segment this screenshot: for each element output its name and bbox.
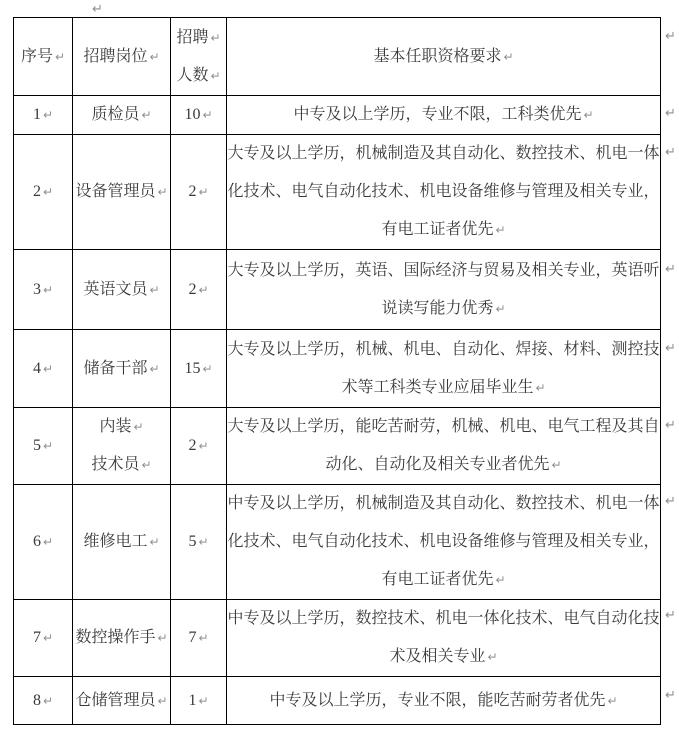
paragraph-mark: ↵	[495, 223, 505, 237]
cell-position: 内装↵ 技术员↵	[73, 408, 171, 485]
cell-seq: 8↵	[14, 677, 73, 725]
table-row: 6↵ 维修电工↵ 5↵ 中专及以上学历，机械制造及其自动化、数控技术、机电一体化…	[14, 485, 661, 600]
seq-value: 5	[33, 437, 41, 454]
paragraph-mark: ↵	[157, 631, 167, 645]
paragraph-mark: ↵	[202, 362, 212, 376]
header-count-label-2: 人数	[176, 67, 208, 84]
paragraph-mark: ↵	[495, 573, 505, 587]
cell-count: 2↵	[171, 135, 227, 250]
seq-value: 7	[33, 629, 41, 646]
paragraph-mark: ↵	[149, 535, 159, 549]
header-no-label: 序号	[21, 48, 53, 65]
table-row: 4↵ 储备干部↵ 15↵ 大专及以上学历，机械、机电、自动化、焊接、材料、测控技…	[14, 330, 661, 408]
paragraph-mark: ↵	[487, 650, 497, 664]
cell-count: 2↵	[171, 250, 227, 330]
cell-requirements: 大专及以上学历，机械、机电、自动化、焊接、材料、测控技术等工科类专业应届毕业生↵	[227, 330, 661, 408]
row-end-mark: ↵	[665, 260, 676, 280]
paragraph-mark: ↵	[583, 108, 593, 122]
table-row: 1↵ 质检员↵ 10↵ 中专及以上学历，专业不限，工科类优先↵	[14, 96, 661, 135]
cell-position: 质检员↵	[73, 96, 171, 135]
position-value: 英语文员	[83, 281, 147, 298]
count-value: 7	[188, 629, 196, 646]
count-value: 10	[184, 106, 200, 123]
paragraph-mark: ↵	[198, 631, 208, 645]
cell-seq: 2↵	[14, 135, 73, 250]
requirements-value: 大专及以上学历，能吃苦耐劳，机械、机电、电气工程及其自动化、自动化及相关专业者优…	[227, 418, 659, 473]
cell-seq: 7↵	[14, 600, 73, 677]
header-cell-requirements: 基本任职资格要求↵	[227, 18, 661, 96]
requirements-value: 中专及以上学历，数控技术、机电一体化技术、电气自动化技术及相关专业	[227, 610, 659, 665]
paragraph-mark: ↵	[141, 458, 151, 472]
seq-value: 8	[33, 692, 41, 709]
row-end-mark: ↵	[665, 686, 676, 706]
table-row: 7↵ 数控操作手↵ 7↵ 中专及以上学历，数控技术、机电一体化技术、电气自动化技…	[14, 600, 661, 677]
count-value: 2	[188, 437, 196, 454]
header-cell-no: 序号↵	[14, 18, 73, 96]
count-value: 15	[184, 360, 200, 377]
requirements-value: 中专及以上学历，专业不限，能吃苦耐劳者优先	[269, 692, 605, 709]
recruitment-table: 序号↵ 招聘岗位↵ 招聘↵ 人数↵ 基本任职资格要求↵ 1↵ 质检员↵ 10↵ …	[13, 17, 661, 725]
table-row: 3↵ 英语文员↵ 2↵ 大专及以上学历，英语、国际经济与贸易及相关专业，英语听说…	[14, 250, 661, 330]
paragraph-mark: ↵	[149, 362, 159, 376]
paragraph-mark: ↵	[43, 362, 53, 376]
position-value: 设备管理员	[75, 183, 155, 200]
paragraph-mark: ↵	[503, 50, 513, 64]
paragraph-mark: ↵	[551, 458, 561, 472]
seq-value: 1	[33, 106, 41, 123]
cell-count: 2↵	[171, 408, 227, 485]
count-value: 2	[188, 281, 196, 298]
paragraph-mark: ↵	[43, 535, 53, 549]
cell-count: 5↵	[171, 485, 227, 600]
paragraph-mark: ↵	[43, 631, 53, 645]
cell-requirements: 中专及以上学历，专业不限，能吃苦耐劳者优先↵	[227, 677, 661, 725]
position-value: 数控操作手	[75, 629, 155, 646]
seq-value: 2	[33, 183, 41, 200]
position-value: 维修电工	[83, 533, 147, 550]
paragraph-mark: ↵	[198, 535, 208, 549]
header-count-label-1: 招聘	[176, 29, 208, 46]
count-value: 2	[188, 183, 196, 200]
paragraph-mark: ↵	[157, 694, 167, 708]
table-row: 5↵ 内装↵ 技术员↵ 2↵ 大专及以上学历，能吃苦耐劳，机械、机电、电气工程及…	[14, 408, 661, 485]
position-value: 仓储管理员	[75, 692, 155, 709]
position-value: 内装	[99, 418, 131, 435]
paragraph-mark: ↵	[43, 283, 53, 297]
cell-requirements: 大专及以上学历，能吃苦耐劳，机械、机电、电气工程及其自动化、自动化及相关专业者优…	[227, 408, 661, 485]
cell-seq: 4↵	[14, 330, 73, 408]
paragraph-mark: ↵	[198, 694, 208, 708]
position-value: 技术员	[91, 456, 139, 473]
row-end-mark: ↵	[665, 143, 676, 163]
cell-count: 1↵	[171, 677, 227, 725]
header-position-label: 招聘岗位	[83, 48, 147, 65]
cell-requirements: 大专及以上学历，英语、国际经济与贸易及相关专业，英语听说读写能力优秀↵	[227, 250, 661, 330]
paragraph-mark: ↵	[141, 108, 151, 122]
paragraph-mark: ↵	[55, 50, 65, 64]
cell-requirements: 中专及以上学历，数控技术、机电一体化技术、电气自动化技术及相关专业↵	[227, 600, 661, 677]
cell-position: 设备管理员↵	[73, 135, 171, 250]
row-end-mark: ↵	[665, 606, 676, 626]
header-cell-count: 招聘↵ 人数↵	[171, 18, 227, 96]
requirements-value: 中专及以上学历，机械制造及其自动化、数控技术、机电一体化技术、电气自动化技术、机…	[227, 495, 659, 588]
cell-position: 数控操作手↵	[73, 600, 171, 677]
header-count-line2: 人数↵	[171, 57, 226, 95]
cell-requirements: 大专及以上学历，机械制造及其自动化、数控技术、机电一体化技术、电气自动化技术、机…	[227, 135, 661, 250]
table-header-row: 序号↵ 招聘岗位↵ 招聘↵ 人数↵ 基本任职资格要求↵	[14, 18, 661, 96]
paragraph-mark: ↵	[202, 108, 212, 122]
paragraph-mark: ↵	[535, 381, 545, 395]
cell-position: 仓储管理员↵	[73, 677, 171, 725]
table-row: 8↵ 仓储管理员↵ 1↵ 中专及以上学历，专业不限，能吃苦耐劳者优先↵	[14, 677, 661, 725]
cell-seq: 1↵	[14, 96, 73, 135]
row-end-mark: ↵	[665, 492, 676, 512]
paragraph-mark: ↵	[210, 31, 220, 45]
count-value: 5	[188, 533, 196, 550]
paragraph-mark: ↵	[43, 185, 53, 199]
cell-count: 7↵	[171, 600, 227, 677]
seq-value: 3	[33, 281, 41, 298]
cell-count: 15↵	[171, 330, 227, 408]
cell-seq: 6↵	[14, 485, 73, 600]
paragraph-mark: ↵	[149, 50, 159, 64]
cell-count: 10↵	[171, 96, 227, 135]
row-end-mark: ↵	[665, 416, 676, 436]
paragraph-mark: ↵	[133, 420, 143, 434]
cell-requirements: 中专及以上学历，机械制造及其自动化、数控技术、机电一体化技术、电气自动化技术、机…	[227, 485, 661, 600]
position-line2: 技术员↵	[73, 446, 170, 484]
requirements-value: 中专及以上学历，专业不限，工科类优先	[293, 106, 581, 123]
position-value: 质检员	[91, 106, 139, 123]
document-page: ↵ 序号↵ 招聘岗位↵ 招聘↵ 人数↵ 基本任职资格要求↵ 1↵	[0, 0, 679, 732]
row-end-mark: ↵	[665, 339, 676, 359]
header-count-line1: 招聘↵	[171, 19, 226, 57]
count-value: 1	[188, 692, 196, 709]
paragraph-mark: ↵	[157, 185, 167, 199]
paragraph-mark: ↵	[607, 694, 617, 708]
requirements-value: 大专及以上学历，机械制造及其自动化、数控技术、机电一体化技术、电气自动化技术、机…	[227, 145, 659, 238]
cell-position: 储备干部↵	[73, 330, 171, 408]
position-line1: 内装↵	[73, 408, 170, 446]
cell-position: 维修电工↵	[73, 485, 171, 600]
row-end-mark: ↵	[665, 104, 676, 124]
table-row: 2↵ 设备管理员↵ 2↵ 大专及以上学历，机械制造及其自动化、数控技术、机电一体…	[14, 135, 661, 250]
requirements-value: 大专及以上学历，机械、机电、自动化、焊接、材料、测控技术等工科类专业应届毕业生	[227, 341, 659, 396]
position-value: 储备干部	[83, 360, 147, 377]
header-cell-position: 招聘岗位↵	[73, 18, 171, 96]
paragraph-mark: ↵	[198, 283, 208, 297]
paragraph-mark: ↵	[43, 439, 53, 453]
paragraph-mark: ↵	[495, 302, 505, 316]
paragraph-mark: ↵	[198, 439, 208, 453]
cell-position: 英语文员↵	[73, 250, 171, 330]
cell-seq: 5↵	[14, 408, 73, 485]
header-requirements-label: 基本任职资格要求	[373, 48, 501, 65]
cell-requirements: 中专及以上学历，专业不限，工科类优先↵	[227, 96, 661, 135]
seq-value: 4	[33, 360, 41, 377]
cell-seq: 3↵	[14, 250, 73, 330]
paragraph-mark: ↵	[43, 108, 53, 122]
paragraph-mark: ↵	[210, 69, 220, 83]
seq-value: 6	[33, 533, 41, 550]
paragraph-mark: ↵	[149, 283, 159, 297]
row-end-mark: ↵	[665, 27, 676, 47]
requirements-value: 大专及以上学历，英语、国际经济与贸易及相关专业，英语听说读写能力优秀	[227, 262, 659, 317]
paragraph-mark: ↵	[198, 185, 208, 199]
paragraph-mark: ↵	[43, 694, 53, 708]
